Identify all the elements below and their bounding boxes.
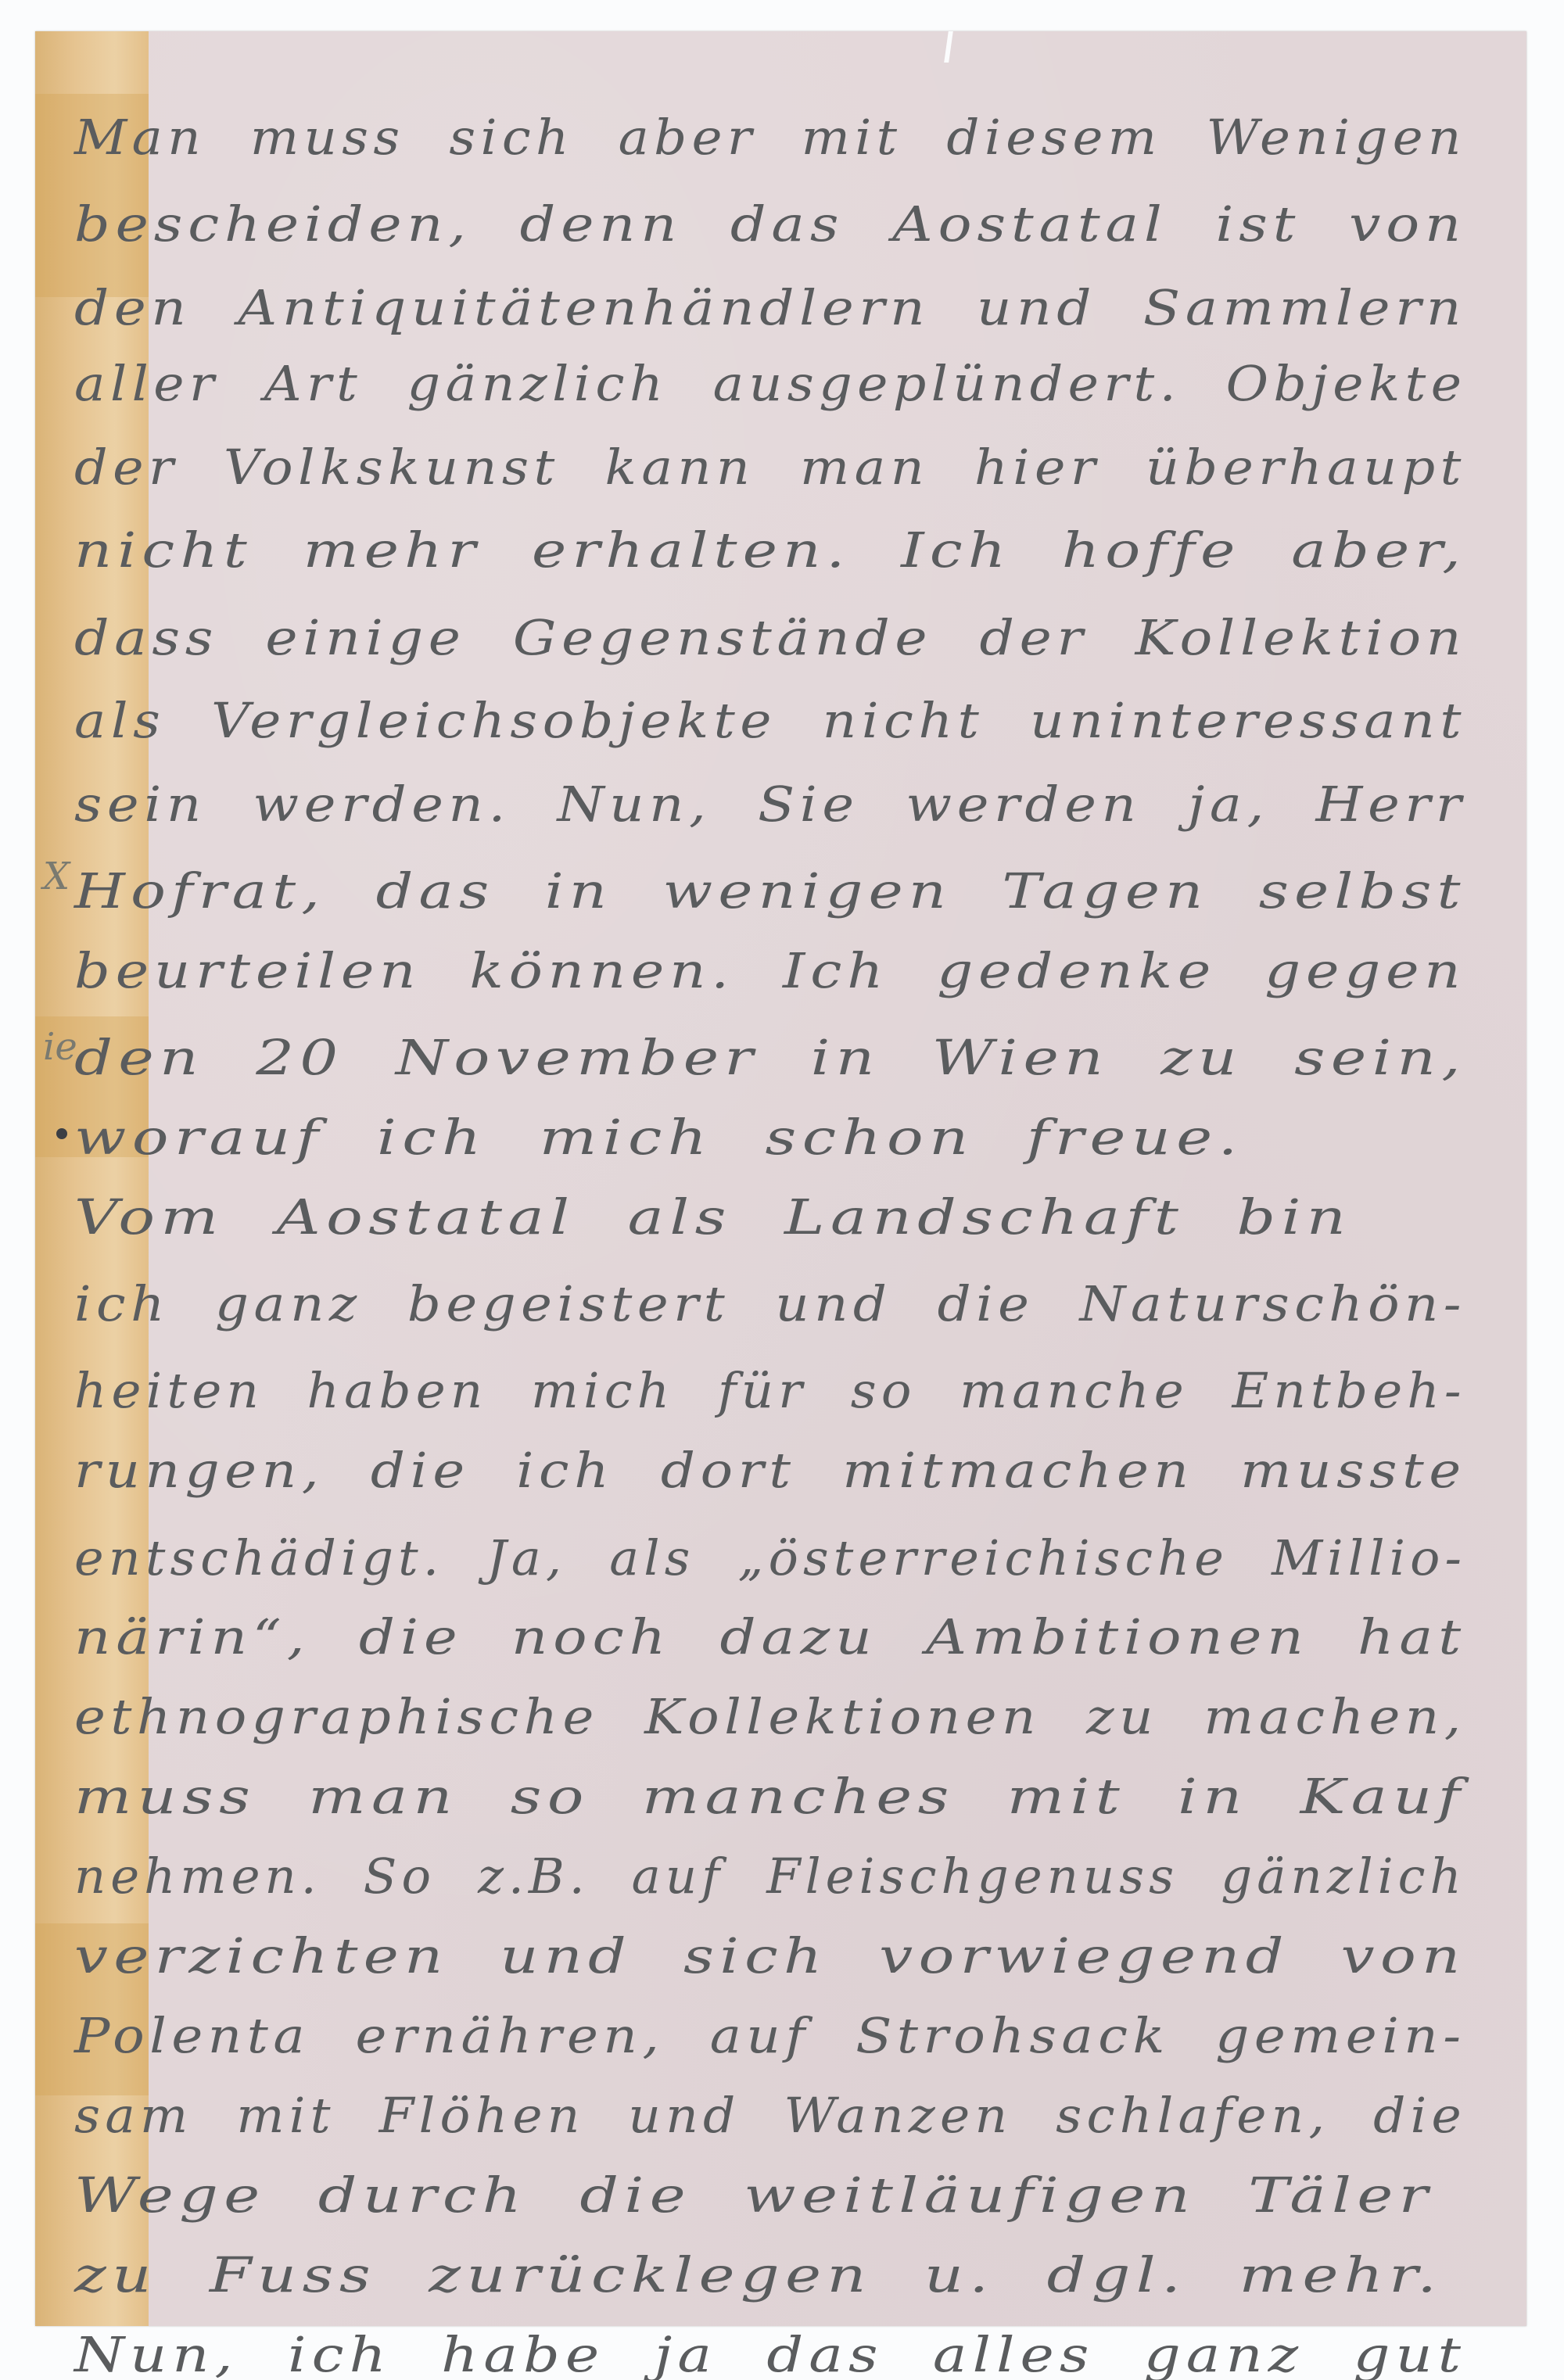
letter-body: Man muss sich aber mit diesem Wenigenbes…	[74, 0, 1529, 2380]
handwritten-line: närin“, die noch dazu Ambitionen hat	[74, 1608, 1466, 1665]
handwritten-line: Hofrat, das in wenigen Tagen selbst	[74, 862, 1466, 919]
handwritten-line: nicht mehr erhalten. Ich hoffe aber,	[74, 522, 1466, 579]
margin-dot	[56, 1128, 67, 1139]
handwritten-line: dass einige Gegenstände der Kollektion	[74, 609, 1466, 666]
handwritten-line: worauf ich mich schon freue.	[74, 1109, 1243, 1166]
handwritten-line: ich ganz begeistert und die Naturschön-	[74, 1275, 1466, 1332]
margin-cross-mark: X	[43, 855, 70, 898]
handwritten-line: Nun, ich habe ja das alles ganz gut	[74, 2326, 1466, 2380]
handwritten-line: Polenta ernähren, auf Strohsack gemein-	[74, 2007, 1466, 2064]
handwritten-line: verzichten und sich vorwiegend von	[74, 1927, 1466, 1984]
handwritten-line: bescheiden, denn das Aostatal ist von	[74, 195, 1466, 253]
handwritten-line: sam mit Flöhen und Wanzen schlafen, die	[74, 2087, 1466, 2144]
handwritten-line: Man muss sich aber mit diesem Wenigen	[74, 109, 1466, 166]
handwritten-line: beurteilen können. Ich gedenke gegen	[74, 942, 1465, 999]
margin-pencil-note: ie	[43, 1025, 77, 1069]
handwritten-line: Vom Aostatal als Landschaft bin	[74, 1188, 1351, 1246]
handwritten-line: sein werden. Nun, Sie werden ja, Herr	[74, 776, 1466, 833]
handwritten-line: muss man so manches mit in Kauf	[74, 1768, 1466, 1825]
handwritten-line: der Volkskunst kann man hier überhaupt	[74, 439, 1466, 496]
handwritten-line: heiten haben mich für so manche Entbeh-	[74, 1362, 1466, 1419]
handwritten-line: zu Fuss zurücklegen u. dgl. mehr.	[74, 2246, 1442, 2303]
handwritten-line: den 20 November in Wien zu sein,	[74, 1029, 1466, 1086]
handwritten-line: als Vergleichsobjekte nicht uninteressan…	[74, 692, 1466, 749]
handwritten-line: ethnographische Kollektionen zu machen,	[74, 1688, 1466, 1745]
handwritten-line: nehmen. So z.B. auf Fleischgenuss gänzli…	[74, 1848, 1466, 1905]
handwritten-line: entschädigt. Ja, als „österreichische Mi…	[74, 1529, 1466, 1586]
handwritten-line: rungen, die ich dort mitmachen musste	[74, 1442, 1466, 1499]
handwritten-line: aller Art gänzlich ausgeplündert. Objekt…	[74, 355, 1466, 412]
handwritten-line: Wege durch die weitläufigen Täler	[74, 2167, 1433, 2224]
handwritten-line: den Antiquitätenhändlern und Sammlern	[74, 279, 1466, 336]
